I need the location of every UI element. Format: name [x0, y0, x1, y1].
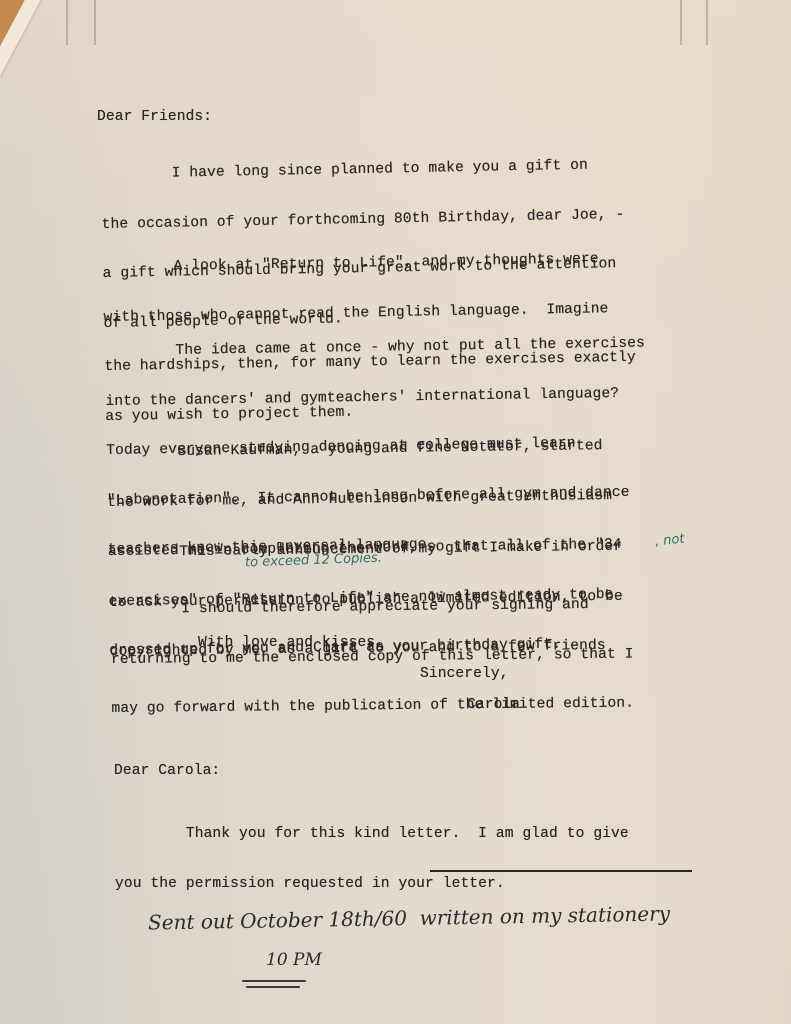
handwritten-insert-not: , not: [654, 531, 685, 549]
reply-paragraph: Thank you for this kind letter. I am gla…: [115, 793, 629, 909]
signature-line: [430, 870, 692, 872]
text-line: you the permission requested in your let…: [115, 876, 629, 893]
reply-salutation: Dear Carola:: [114, 763, 220, 780]
signature-name: Carola: [467, 697, 520, 714]
text-line: may go forward with the publication of t…: [111, 696, 634, 718]
text-line: I have long since planned to make you a …: [101, 157, 624, 184]
closing-sincerely: Sincerely,: [420, 666, 509, 683]
time-underline: [246, 986, 300, 988]
salutation: Dear Friends:: [97, 109, 212, 126]
text-line: I should therefore appreciate your signi…: [110, 597, 633, 619]
text-line: A look at "Return to Life", and my thoug…: [103, 251, 635, 277]
paper-crease: [66, 0, 68, 45]
closing-love: With love and kisses,: [198, 635, 384, 652]
time-underline: [242, 980, 306, 982]
paper-crease: [706, 0, 708, 45]
paper-crease: [94, 0, 96, 45]
handwritten-time: 10 PM: [266, 950, 322, 970]
paper-crease: [680, 0, 682, 45]
text-line: Thank you for this kind letter. I am gla…: [115, 826, 629, 843]
text-line: The idea came at once - why not put all …: [105, 336, 646, 361]
text-line: Susan Kaufman, a young and fine Notator,…: [106, 438, 620, 462]
